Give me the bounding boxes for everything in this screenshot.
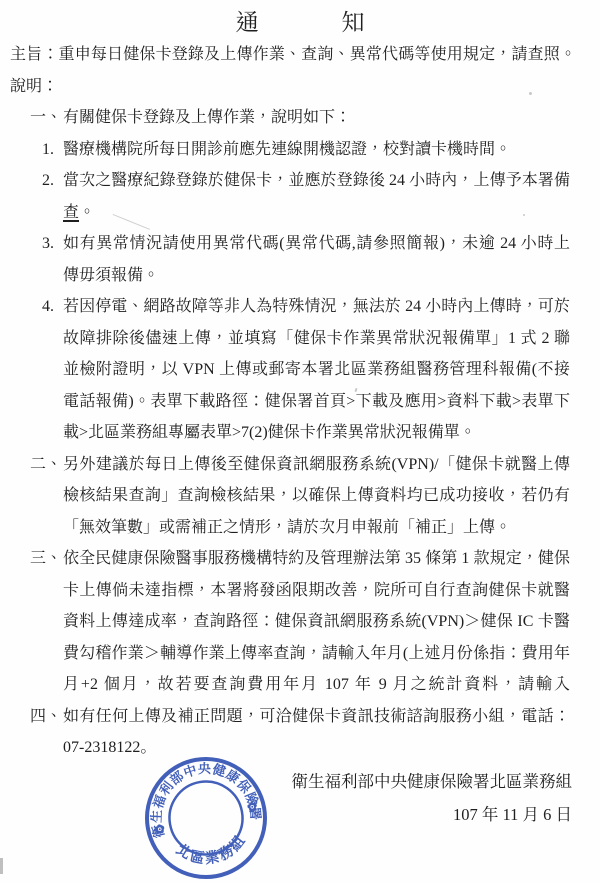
numbered-item-4-marker: 4.: [42, 291, 63, 323]
signature-block: 衛生福利部中央健康保險署北區業務組 107 年 11 月 6 日: [292, 765, 573, 831]
text-line: 故障排除後儘速上傳，並填寫「健保卡作業異常狀況報備單」1 式 2 聯: [63, 323, 570, 355]
text-line: 並檢附證明，以 VPN 上傳或郵寄本署北區業務組醫務管理科報備(不接受: [63, 354, 570, 386]
text-line: 電話報備)。表單下載路徑：健保署首頁>下載及應用>資料下載>表單下: [63, 386, 570, 418]
section-item-3-marker: 三、: [30, 543, 63, 575]
text-line: 月+2 個月，故若要查詢費用年月 107 年 9 月之統計資料，請輸入 1071…: [63, 669, 570, 701]
text-line: 有關健保卡登錄及上傳作業，說明如下：: [63, 102, 570, 134]
scan-speck: [523, 214, 525, 216]
text-line: 醫療機構院所每日開診前應先連線開機認證，校對讀卡機時間。: [63, 134, 570, 166]
text-line: 如有異常情況請使用異常代碼(異常代碼,請參照簡報)，未逾 24 小時上: [63, 228, 570, 260]
punctuation: 。: [79, 204, 95, 221]
text-line: 檢核結果查詢」查詢檢核結果，以確保上傳資料均已成功接收，若仍有: [63, 480, 570, 512]
text-line: 費勾稽作業＞輔導作業上傳率查詢，請輸入年月(上述月份係指：費用年: [63, 638, 570, 670]
numbered-item-4: 4. 若因停電、網路故障等非人為特殊情況，無法於 24 小時內上傳時，可於 故障…: [42, 291, 570, 449]
official-seal-stamp: 衛生福利部中央健康保險署 北區業務組: [141, 753, 271, 883]
underlined-char: 查: [63, 204, 79, 221]
issue-date: 107 年 11 月 6 日: [292, 798, 573, 831]
section-item-4-marker: 四、: [30, 701, 63, 733]
text-line: 「無效筆數」或需補正之情形，請於次月申報前「補正」上傳。: [63, 512, 570, 544]
section-item-4: 四、 如有任何上傳及補正問題，可洽健保卡資訊技術諮詢服務小組，電話： 07-23…: [30, 701, 570, 764]
section-item-3: 三、 依全民健康保險醫事服務機構特約及管理辦法第 35 條第 1 款規定，健保 …: [30, 543, 570, 701]
scan-edge-smudge: [0, 858, 3, 874]
text-line: 當次之醫療紀錄登錄於健保卡，並應於登錄後 24 小時內，上傳予本署備: [63, 165, 570, 197]
text-line: 另外建議於每日上傳後至健保資訊網服務系統(VPN)/「健保卡就醫上傳: [63, 449, 570, 481]
section-item-2: 二、 另外建議於每日上傳後至健保資訊網服務系統(VPN)/「健保卡就醫上傳 檢核…: [30, 449, 570, 544]
document-title: 通知: [0, 0, 600, 38]
text-line: 查。: [63, 197, 570, 229]
notice-document: 通知 主旨：重申每日健保卡登錄及上傳作業、查詢、異常代碼等使用規定，請查照。 說…: [0, 0, 600, 883]
subject-line: 主旨：重申每日健保卡登錄及上傳作業、查詢、異常代碼等使用規定，請查照。: [10, 39, 576, 71]
text-line: 依全民健康保險醫事服務機構特約及管理辦法第 35 條第 1 款規定，健保: [63, 543, 570, 575]
numbered-item-2-marker: 2.: [42, 165, 63, 197]
text-line: 傳毋須報備。: [63, 260, 570, 292]
numbered-item-3: 3. 如有異常情況請使用異常代碼(異常代碼,請參照簡報)，未逾 24 小時上 傳…: [42, 228, 570, 291]
issuing-organization: 衛生福利部中央健康保險署北區業務組: [292, 765, 573, 798]
text-line: 載>北區業務組專屬表單>7(2)健保卡作業異常狀況報備單。: [63, 417, 570, 449]
explanation-label: 說明：: [10, 71, 576, 103]
text-line: 若因停電、網路故障等非人為特殊情況，無法於 24 小時內上傳時，可於: [63, 291, 570, 323]
numbered-item-3-marker: 3.: [42, 228, 63, 260]
numbered-item-1-marker: 1.: [42, 134, 63, 166]
text-line: 如有任何上傳及補正問題，可洽健保卡資訊技術諮詢服務小組，電話：: [63, 701, 570, 733]
text-line: 資料上傳達成率，查詢路徑：健保資訊網服務系統(VPN)＞健保 IC 卡醫: [63, 606, 570, 638]
text-line: 卡上傳倘未達指標，本署將發函限期改善，院所可自行查詢健保卡就醫: [63, 575, 570, 607]
section-item-2-marker: 二、: [30, 449, 63, 481]
section-item-1-marker: 一、: [30, 102, 63, 134]
document-body: 主旨：重申每日健保卡登錄及上傳作業、查詢、異常代碼等使用規定，請查照。 說明： …: [0, 39, 600, 764]
numbered-item-1: 1. 醫療機構院所每日開診前應先連線開機認證，校對讀卡機時間。: [42, 134, 570, 166]
phone-number-line: 07-2318122。: [63, 732, 570, 764]
section-item-1: 一、 有關健保卡登錄及上傳作業，說明如下：: [30, 102, 570, 134]
scan-speck: [529, 92, 532, 95]
